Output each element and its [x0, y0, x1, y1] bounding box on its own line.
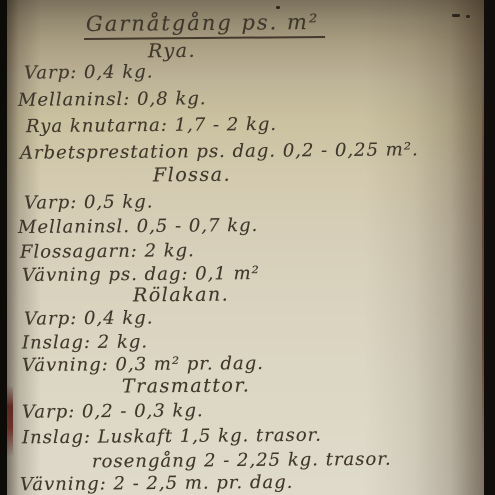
line-rya-mellaninslag: Mellaninsl: 0,8 kg. — [18, 88, 207, 111]
line-rya-varp: Varp: 0,4 kg. — [24, 61, 154, 83]
line-rolakan-vavning: Vävning: 0,3 m² pr. dag. — [22, 353, 264, 376]
section-heading-rya: Rya. — [148, 40, 196, 62]
line-flossa-vavning: Vävning ps. dag: 0,1 m² — [22, 263, 260, 286]
ink-mark-dash — [452, 14, 460, 17]
line-rolakan-inslag: Inslag: 2 kg. — [22, 331, 148, 353]
line-rya-knutarna: Rya knutarna: 1,7 - 2 kg. — [26, 114, 277, 137]
section-heading-flossa: Flossa. — [153, 164, 231, 187]
ink-mark-dot — [466, 15, 470, 18]
section-heading-trasmattor: Trasmattor. — [122, 374, 251, 397]
line-trasmattor-inslag-luskaft: Inslag: Luskaft 1,5 kg. trasor. — [22, 425, 322, 449]
page-title: Garnåtgång ps. m² — [84, 10, 326, 40]
photo-border-left — [0, 0, 7, 495]
ink-mark-small-dot — [276, 6, 280, 9]
line-flossa-flossagarn: Flossagarn: 2 kg. — [20, 240, 195, 263]
line-flossa-mellaninslag: Mellaninsl. 0,5 - 0,7 kg. — [18, 215, 259, 238]
line-trasmattor-varp: Varp: 0,2 - 0,3 kg. — [22, 400, 204, 423]
line-flossa-varp: Varp: 0,5 kg. — [24, 191, 154, 213]
line-trasmattor-rosengang: rosengång 2 - 2,25 kg. trasor. — [92, 449, 392, 473]
line-trasmattor-vavning: Vävning: 2 - 2,5 m. pr. dag. — [20, 472, 294, 495]
photo-border-right — [484, 0, 495, 495]
line-rolakan-varp: Varp: 0,4 kg. — [24, 307, 154, 329]
line-rya-arbetsprestation: Arbetsprestation ps. dag. 0,2 - 0,25 m². — [20, 139, 419, 163]
scanned-notebook-photo: Garnåtgång ps. m² Rya. Varp: 0,4 kg. Mel… — [0, 0, 495, 495]
page-shadow-right — [364, 0, 484, 495]
section-heading-rolakan: Rölakan. — [133, 284, 229, 307]
